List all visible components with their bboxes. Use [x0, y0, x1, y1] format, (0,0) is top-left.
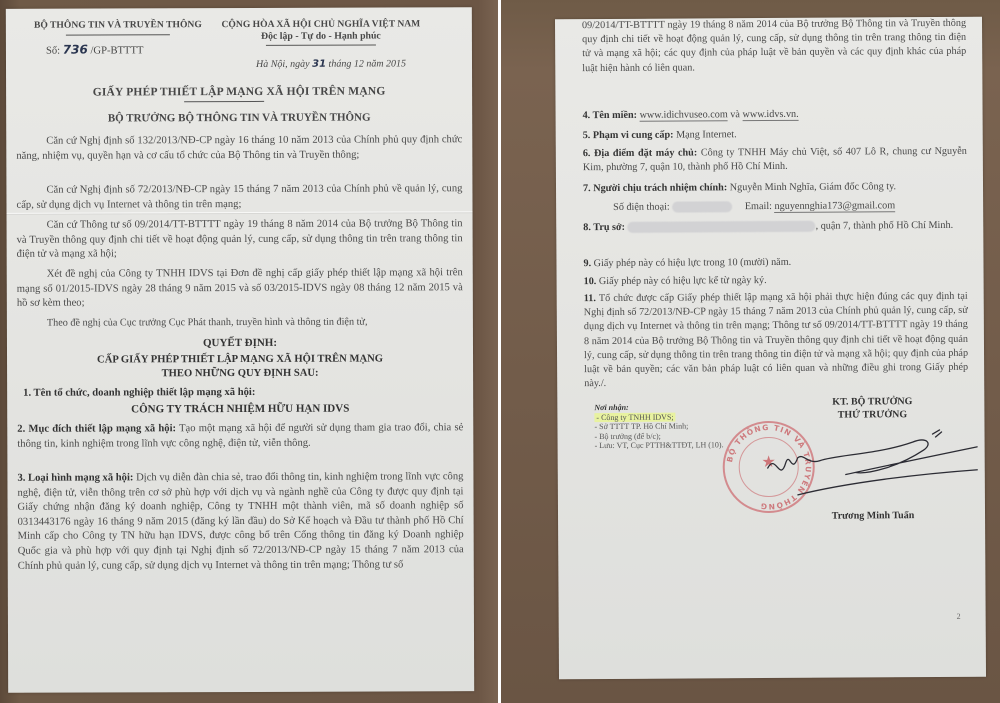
preamble-1: Căn cứ Nghị định số 132/2013/NĐ-CP ngày …	[16, 133, 462, 164]
item-3-value: Dịch vụ diễn đàn chia sẻ, trao đổi thông…	[17, 471, 463, 571]
number-handwritten: 736	[63, 43, 88, 57]
date-suffix: tháng 12 năm 2015	[329, 58, 407, 69]
number-suffix: /GP-BTTTT	[90, 45, 143, 56]
item-7-label: 7. Người chịu trách nhiệm chính:	[583, 182, 727, 194]
item-8-label: 8. Trụ sở:	[583, 222, 625, 233]
country-motto: Độc lập - Tự do - Hạnh phúc	[186, 29, 456, 44]
right-page-photo: 09/2014/TT-BTTTT ngày 19 tháng 8 năm 201…	[501, 0, 1000, 703]
contact-line: Số điện thoại: Email: nguyennghia173@gma…	[613, 199, 895, 215]
item-1-label: 1. Tên tổ chức, doanh nghiệp thiết lập m…	[23, 386, 255, 401]
date-prefix: Hà Nội, ngày	[256, 59, 310, 70]
recipient-item: - Lưu: VT, Cục PTTH&TTĐT, LH (10).	[595, 440, 724, 450]
document-authority: BỘ TRƯỞNG BỘ THÔNG TIN VÀ TRUYỀN THÔNG	[6, 110, 472, 126]
preamble-2: Căn cứ Nghị định số 72/2013/NĐ-CP ngày 1…	[16, 182, 462, 213]
document-title: GIẤY PHÉP THIẾT LẬP MẠNG XÃ HỘI TRÊN MẠN…	[6, 84, 472, 100]
signature	[727, 412, 978, 504]
left-page-photo: BỘ THÔNG TIN VÀ TRUYỀN THÔNG Số: 736 /GP…	[0, 0, 498, 703]
address-redacted	[628, 221, 816, 233]
item-8: 8. Trụ sở: , quận 7, thành phố Hồ Chí Mi…	[583, 219, 953, 235]
item-2-label: 2. Mục đích thiết lập mạng xã hội:	[17, 423, 176, 435]
motto-underline	[266, 45, 376, 46]
domain-link-2[interactable]: www.idvs.vn.	[742, 109, 798, 121]
email-label: Email:	[745, 201, 772, 212]
item-11: 11. Tổ chức được cấp Giấy phép thiết lập…	[584, 290, 969, 392]
issuing-agency: BỘ THÔNG TIN VÀ TRUYỀN THÔNG	[28, 18, 208, 33]
item-3: 3. Loại hình mạng xã hội: Dịch vụ diễn đ…	[17, 470, 463, 574]
document-page-1: BỘ THÔNG TIN VÀ TRUYỀN THÔNG Số: 736 /GP…	[6, 7, 474, 693]
recipients-block: Nơi nhận: - Công ty TNHH IDVS; - Sở TTTT…	[594, 402, 723, 450]
legal-continuation: 09/2014/TT-BTTTT ngày 19 tháng 8 năm 201…	[582, 17, 966, 76]
item-4-label: 4. Tên miền:	[583, 110, 638, 121]
agency-underline	[66, 34, 170, 35]
item-7: 7. Người chịu trách nhiệm chính: Nguyễn …	[583, 180, 896, 196]
item-4: 4. Tên miền: www.idichvuseo.com và www.i…	[583, 108, 799, 123]
item-2: 2. Mục đích thiết lập mạng xã hội: Tạo m…	[17, 421, 463, 452]
preamble-4: Xét đề nghị của Công ty TNHH IDVS tại Đơ…	[17, 266, 463, 311]
number-label: Số:	[46, 46, 60, 57]
item-3-label: 3. Loại hình mạng xã hội:	[17, 472, 133, 483]
preamble-3: Căn cứ Thông tư số 09/2014/TT-BTTTT ngày…	[17, 217, 463, 262]
item-5-value: Mạng Internet.	[676, 129, 737, 140]
item-7-value: Nguyễn Minh Nghĩa, Giám đốc Công ty.	[730, 181, 896, 193]
item-5-label: 5. Phạm vi cung cấp:	[583, 130, 674, 142]
document-number: Số: 736 /GP-BTTTT	[46, 42, 144, 58]
title-underline	[184, 101, 264, 102]
phone-label: Số điện thoại:	[613, 202, 670, 213]
company-name: CÔNG TY TRÁCH NHIỆM HỮU HẠN IDVS	[7, 401, 473, 417]
page-number: 2	[957, 612, 961, 621]
issue-date: Hà Nội, ngày 31 tháng 12 năm 2015	[256, 57, 406, 72]
item-6: 6. Địa điểm đặt máy chủ: Công ty TNHH Má…	[583, 145, 967, 176]
item-8-value: , quận 7, thành phố Hồ Chí Minh.	[816, 220, 954, 232]
signer-name: Trương Minh Tuấn	[808, 509, 938, 524]
phone-redacted	[672, 201, 732, 212]
item-9: 9. Giấy phép này có hiệu lực trong 10 (m…	[583, 256, 791, 271]
decision-heading: QUYẾT ĐỊNH:	[7, 335, 473, 351]
date-day-handwritten: 31	[312, 59, 326, 70]
preamble-5: Theo đề nghị của Cục trưởng Cục Phát tha…	[17, 315, 463, 331]
item-5: 5. Phạm vi cung cấp: Mạng Internet.	[583, 128, 737, 143]
domain-link-1[interactable]: www.idichvuseo.com	[640, 109, 728, 122]
email-link[interactable]: nguyennghia173@gmail.com	[775, 200, 896, 213]
decision-subheading-2: THEO NHỮNG QUY ĐỊNH SAU:	[7, 366, 473, 382]
document-page-2: 09/2014/TT-BTTTT ngày 19 tháng 8 năm 201…	[555, 17, 986, 680]
item-10: 10. Giấy phép này có hiệu lực kể từ ngày…	[584, 274, 767, 289]
